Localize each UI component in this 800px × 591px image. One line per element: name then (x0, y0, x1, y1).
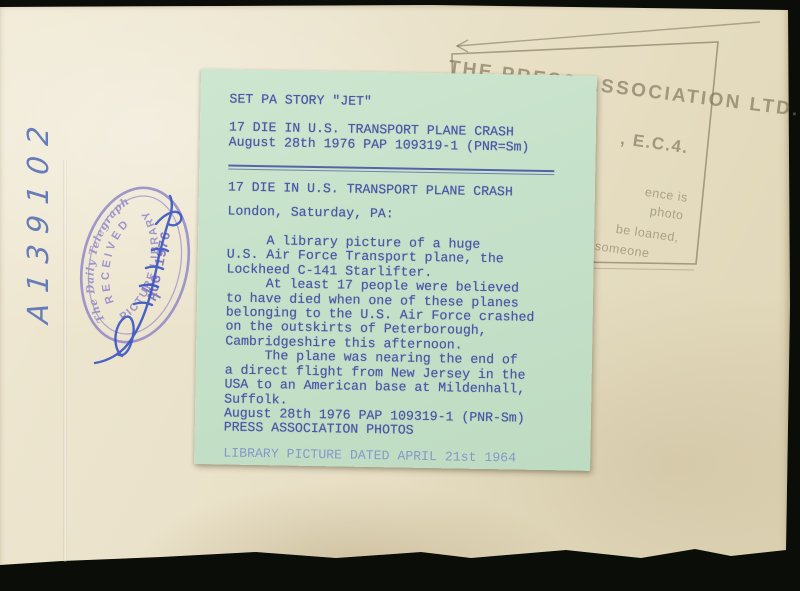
caption-slip: SET PA STORY "JET" 17 DIE IN U.S. TRANSP… (194, 69, 597, 471)
slug-line: SET PA STORY "JET" (229, 93, 596, 114)
signature-ink (70, 158, 185, 378)
caption-header: 17 DIE IN U.S. TRANSPORT PLANE CRASHAugu… (229, 121, 596, 156)
photo-back-scan: THE PRESS ASSOCIATION LTD. , E.C.4. ence… (0, 0, 800, 591)
caption-headline: 17 DIE IN U.S. TRANSPORT PLANE CRASH (228, 181, 595, 202)
typed-divider (228, 165, 554, 176)
caption-body: A library picture of a hugeU.S. Air Forc… (224, 234, 594, 413)
caption-footer: August 28th 1976 PAP 109319-1 (PNR-Sm)PR… (224, 406, 591, 441)
caption-dateline: London, Saturday, PA: (227, 204, 594, 225)
library-picture-note: LIBRARY PICTURE DATED APRIL 21st 1964 (223, 446, 590, 467)
